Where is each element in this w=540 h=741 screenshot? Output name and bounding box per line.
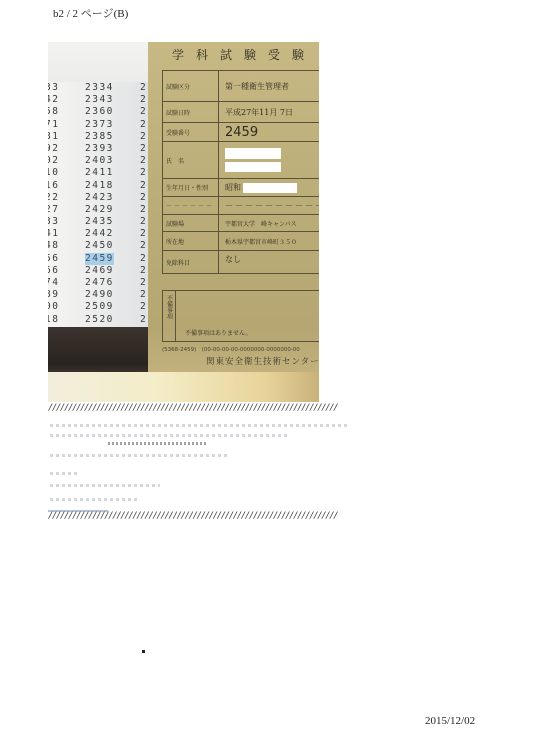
number-cell: 56 (48, 253, 59, 265)
scan-speck (142, 650, 145, 653)
exam-admission-ticket: 学科試験受験 試験区分 第一種衛生管理者 試験日時 平成27年11月 7日 受験… (148, 42, 319, 402)
number-cell: 2 (140, 314, 147, 326)
number-cell: 33 (48, 216, 59, 228)
number-cell: 2 (140, 265, 147, 277)
row-exam-site: 試験場 宇都宮大学 峰キャンパス (162, 215, 319, 232)
row-address: 所在地 栃木県宇都宮市峰町３５０ (162, 232, 319, 251)
number-cell: 2403 (85, 155, 114, 167)
row-name: 氏 名 (162, 142, 319, 179)
photo-bottom-edge (48, 372, 319, 402)
number-cell: 74 (48, 277, 59, 289)
number-cell: 2 (140, 155, 147, 167)
list-item: 3324352 (48, 216, 151, 228)
number-cell: 2373 (85, 119, 114, 131)
list-item: 4124422 (48, 228, 151, 240)
list-item: 0025092 (48, 301, 151, 313)
row-exam-number: 受験番号 2459 (162, 123, 319, 142)
number-cell: 66 (48, 265, 59, 277)
number-cell: 2385 (85, 131, 114, 143)
number-cell: 2509 (85, 301, 114, 313)
number-cell: 58 (48, 106, 59, 118)
number-cell: 48 (48, 240, 59, 252)
number-cell: 2 (140, 216, 147, 228)
number-cell: 2423 (85, 192, 114, 204)
number-cell: 2 (140, 82, 147, 94)
number-cell: 2476 (85, 277, 114, 289)
number-cell: 2 (140, 131, 147, 143)
number-cell: 2 (140, 301, 147, 313)
list-item: 5624592 (48, 253, 151, 265)
number-cell: 2 (140, 192, 147, 204)
number-cell: 2 (140, 143, 147, 155)
list-item: 4223432 (48, 94, 151, 106)
number-cell: 2360 (85, 106, 114, 118)
number-cell: 2393 (85, 143, 114, 155)
list-item: 1825202 (48, 314, 151, 326)
number-cell: 2520 (85, 314, 114, 326)
page-header: b2 / 2 ページ(B) (53, 5, 128, 21)
list-item: 7424762 (48, 277, 151, 289)
number-cell: 2490 (85, 289, 114, 301)
number-cell: 10 (48, 167, 59, 179)
number-cell: 2469 (85, 265, 114, 277)
hatch-divider-bottom: ////////////////////////////////////////… (48, 511, 393, 521)
number-cell: 2 (140, 106, 147, 118)
scanned-photo: 3323342422343258236027123732812385292239… (48, 42, 319, 402)
number-cell: 2429 (85, 204, 114, 216)
list-item: 6624692 (48, 265, 151, 277)
ticket-table: 試験区分 第一種衛生管理者 試験日時 平成27年11月 7日 受験番号 2459… (162, 70, 319, 274)
row-blank: －－－－－－ －－－－－－－－－－ (162, 197, 319, 215)
number-cell: 2411 (85, 167, 114, 179)
number-cell: 71 (48, 119, 59, 131)
number-cell: 33 (48, 82, 59, 94)
number-cell: 2343 (85, 94, 114, 106)
row-exam-category: 試験区分 第一種衛生管理者 (162, 71, 319, 102)
number-cell: 00 (48, 301, 59, 313)
number-cell: 81 (48, 131, 59, 143)
number-cell: 2418 (85, 180, 114, 192)
number-cell: 2 (140, 180, 147, 192)
number-cell: 22 (48, 192, 59, 204)
number-cell: 89 (48, 289, 59, 301)
number-cell: 2435 (85, 216, 114, 228)
number-cell: 41 (48, 228, 59, 240)
number-cell: 27 (48, 204, 59, 216)
list-item: 2724292 (48, 204, 151, 216)
row-exempt-subjects: 免除科目 なし (162, 251, 319, 274)
redacted-name (225, 148, 281, 159)
list-item: 9223932 (48, 143, 151, 155)
list-item: 7123732 (48, 119, 151, 131)
number-cell: 2334 (85, 82, 114, 94)
list-item: 8123852 (48, 131, 151, 143)
list-item: 2224232 (48, 192, 151, 204)
number-cell: 2 (140, 167, 147, 179)
list-item: 5823602 (48, 106, 151, 118)
list-item: 8924902 (48, 289, 151, 301)
number-cell: 2 (140, 228, 147, 240)
number-cell: 42 (48, 94, 59, 106)
number-cell: 16 (48, 180, 59, 192)
list-item: 4824502 (48, 240, 151, 252)
list-item: 1624182 (48, 180, 151, 192)
number-cell: 18 (48, 314, 59, 326)
row-birthdate: 生年月日・性別 昭和 (162, 179, 319, 197)
list-item: 0224032 (48, 155, 151, 167)
number-cell: 2 (140, 277, 147, 289)
code-line: (5368-2459) (00-00-00-00-0000000-0000000… (162, 345, 300, 353)
redacted-name-reading (225, 162, 281, 172)
number-cell: 2 (140, 253, 147, 265)
redacted-birthdate (243, 183, 297, 193)
remarks-box: 不備事項 不備事項はありません。 (162, 290, 319, 342)
number-cell: 2450 (85, 240, 114, 252)
highlighted-number: 2459 (85, 253, 114, 265)
number-cell: 92 (48, 143, 59, 155)
number-cell: 02 (48, 155, 59, 167)
number-cell: 2442 (85, 228, 114, 240)
list-item: 3323342 (48, 82, 151, 94)
faded-text-block (48, 412, 378, 512)
number-list: 3323342422343258236027123732812385292239… (48, 42, 151, 327)
number-cell: 2 (140, 94, 147, 106)
number-cell: 2 (140, 289, 147, 301)
number-cell: 2 (140, 119, 147, 131)
row-exam-date: 試験日時 平成27年11月 7日 (162, 102, 319, 123)
issuing-organization: 関東安全衛生技術センター (206, 355, 319, 367)
list-item: 1024112 (48, 167, 151, 179)
number-cell: 2 (140, 204, 147, 216)
number-cell: 2 (140, 240, 147, 252)
ticket-title: 学科試験受験 (172, 46, 316, 63)
footer-date: 2015/12/02 (425, 715, 475, 727)
